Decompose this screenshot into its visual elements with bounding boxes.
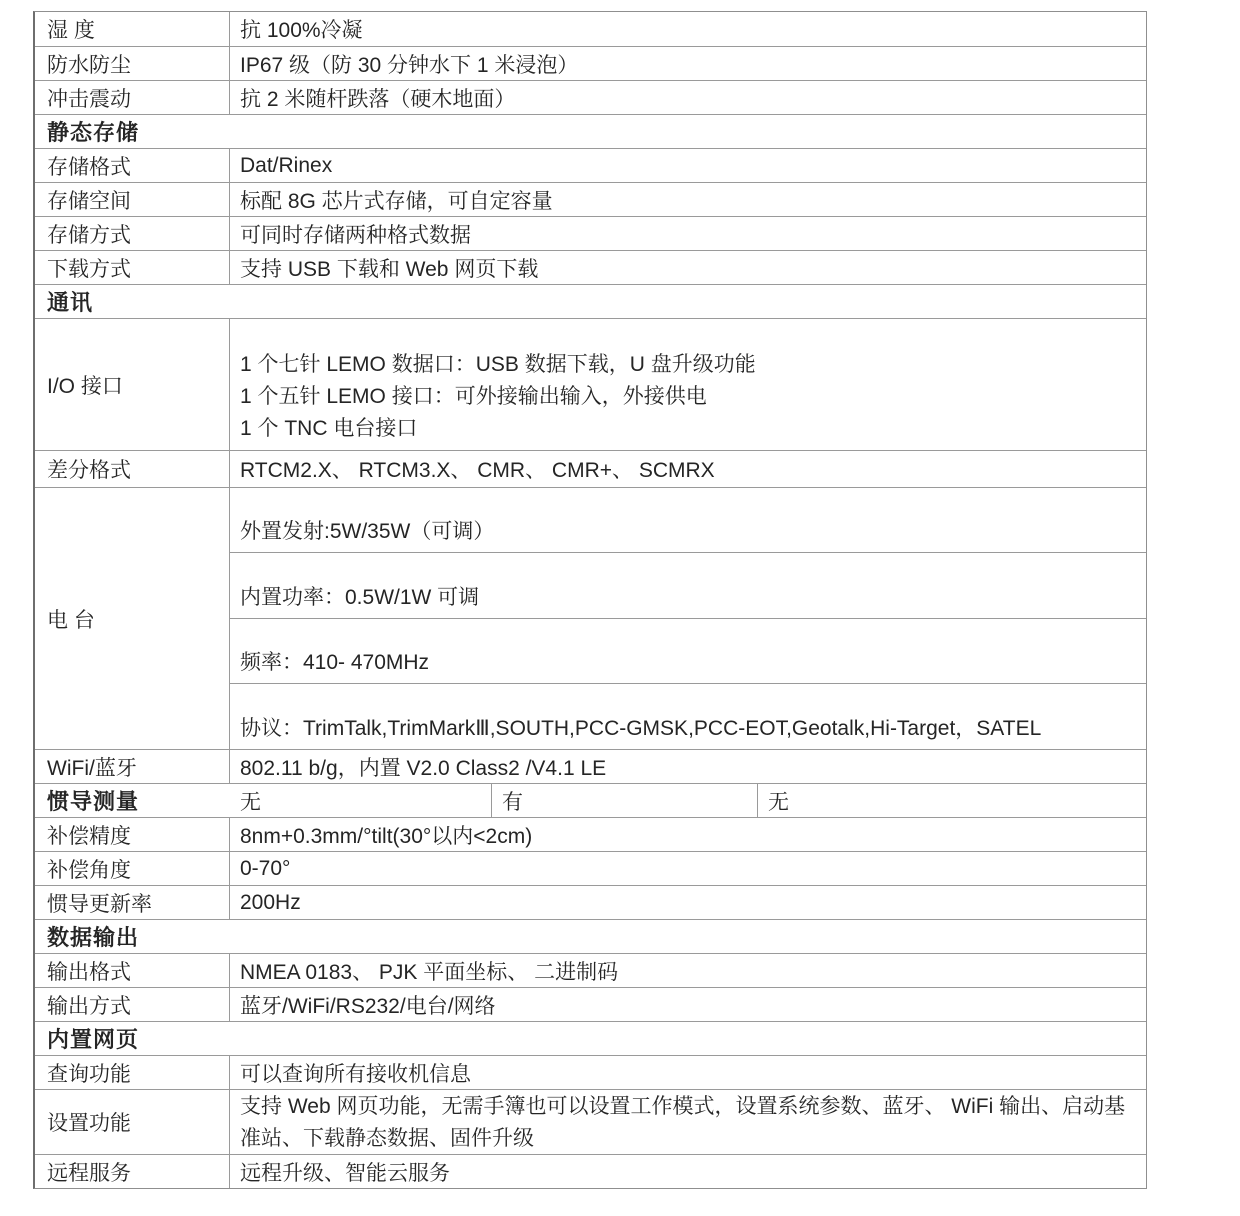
row-humidity: 湿 度 抗 100%冷凝 xyxy=(35,12,1146,46)
row-imu-measurement: 惯导测量 无 有 无 xyxy=(35,783,1146,817)
row-waterproof-dustproof: 防水防尘 IP67 级（防 30 分钟水下 1 米浸泡） xyxy=(35,46,1146,80)
spec-label: 补偿精度 xyxy=(35,818,230,851)
spec-value: 蓝牙/WiFi/RS232/电台/网络 xyxy=(230,988,1146,1021)
row-remote-service: 远程服务 远程升级、智能云服务 xyxy=(35,1154,1146,1188)
spec-label: 远程服务 xyxy=(35,1155,230,1188)
section-title: 内置网页 xyxy=(35,1022,1146,1055)
imu-option-2: 有 xyxy=(491,784,757,817)
row-compensation-angle: 补偿角度 0-70° xyxy=(35,851,1146,885)
spec-label: 查询功能 xyxy=(35,1056,230,1089)
section-title: 通讯 xyxy=(35,285,1146,318)
spec-label: 存储格式 xyxy=(35,149,230,182)
row-setting-function: 设置功能 支持 Web 网页功能，无需手簿也可以设置工作模式，设置系统参数、蓝牙… xyxy=(35,1089,1146,1154)
section-communication: 通讯 xyxy=(35,284,1146,318)
spec-value: IP67 级（防 30 分钟水下 1 米浸泡） xyxy=(230,47,1146,80)
spec-value: 抗 100%冷凝 xyxy=(230,12,1146,46)
radio-external-power: 外置发射:5W/35W（可调） xyxy=(230,488,1146,552)
spec-value: RTCM2.X、 RTCM3.X、 CMR、 CMR+、 SCMRX xyxy=(230,451,1146,487)
spec-label: 下载方式 xyxy=(35,251,230,284)
row-output-format: 输出格式 NMEA 0183、 PJK 平面坐标、 二进制码 xyxy=(35,953,1146,987)
spec-label: 防水防尘 xyxy=(35,47,230,80)
io-line-2: 1 个五针 LEMO 接口：可外接输出输入，外接供电 xyxy=(240,381,1134,413)
row-storage-format: 存储格式 Dat/Rinex xyxy=(35,148,1146,182)
row-wifi-bluetooth: WiFi/蓝牙 802.11 b/g，内置 V2.0 Class2 /V4.1 … xyxy=(35,749,1146,783)
spec-label: 存储空间 xyxy=(35,183,230,216)
row-query-function: 查询功能 可以查询所有接收机信息 xyxy=(35,1055,1146,1089)
row-differential-format: 差分格式 RTCM2.X、 RTCM3.X、 CMR、 CMR+、 SCMRX xyxy=(35,450,1146,487)
spec-value: NMEA 0183、 PJK 平面坐标、 二进制码 xyxy=(230,954,1146,987)
spec-value: 可以查询所有接收机信息 xyxy=(230,1056,1146,1089)
spec-label: 存储方式 xyxy=(35,217,230,250)
imu-option-1: 无 xyxy=(230,784,491,817)
imu-option-3: 无 xyxy=(757,784,1146,817)
spec-label: 湿 度 xyxy=(35,12,230,46)
section-static-storage: 静态存储 xyxy=(35,114,1146,148)
spec-label: 设置功能 xyxy=(35,1090,230,1154)
spec-label: I/O 接口 xyxy=(35,319,230,450)
row-storage-mode: 存储方式 可同时存储两种格式数据 xyxy=(35,216,1146,250)
row-output-mode: 输出方式 蓝牙/WiFi/RS232/电台/网络 xyxy=(35,987,1146,1021)
spec-label: 补偿角度 xyxy=(35,852,230,885)
row-io-ports: I/O 接口 1 个七针 LEMO 数据口：USB 数据下载，U 盘升级功能 1… xyxy=(35,318,1146,450)
radio-frequency: 频率：410- 470MHz xyxy=(230,618,1146,684)
section-title: 数据输出 xyxy=(35,920,1146,953)
section-built-in-webpage: 内置网页 xyxy=(35,1021,1146,1055)
spec-value: 8nm+0.3mm/°tilt(30°以内<2cm) xyxy=(230,818,1146,851)
row-shock-vibration: 冲击震动 抗 2 米随杆跌落（硬木地面） xyxy=(35,80,1146,114)
spec-label: 输出方式 xyxy=(35,988,230,1021)
spec-label: 差分格式 xyxy=(35,451,230,487)
spec-label: 输出格式 xyxy=(35,954,230,987)
row-storage-space: 存储空间 标配 8G 芯片式存储，可自定容量 xyxy=(35,182,1146,216)
radio-protocols: 协议：TrimTalk,TrimMarkⅢ,SOUTH,PCC-GMSK,PCC… xyxy=(230,683,1146,749)
row-compensation-accuracy: 补偿精度 8nm+0.3mm/°tilt(30°以内<2cm) xyxy=(35,817,1146,851)
spec-value: 远程升级、智能云服务 xyxy=(230,1155,1146,1188)
section-data-output: 数据输出 xyxy=(35,919,1146,953)
io-line-3: 1 个 TNC 电台接口 xyxy=(240,413,1134,445)
row-radio: 电 台 外置发射:5W/35W（可调） 内置功率：0.5W/1W 可调 频率：4… xyxy=(35,487,1146,749)
spec-label: WiFi/蓝牙 xyxy=(35,750,230,783)
radio-internal-power: 内置功率：0.5W/1W 可调 xyxy=(230,552,1146,618)
spec-value: 802.11 b/g，内置 V2.0 Class2 /V4.1 LE xyxy=(230,750,1146,783)
spec-value: Dat/Rinex xyxy=(230,149,1146,182)
spec-table: 湿 度 抗 100%冷凝 防水防尘 IP67 级（防 30 分钟水下 1 米浸泡… xyxy=(33,11,1147,1189)
spec-value: 标配 8G 芯片式存储，可自定容量 xyxy=(230,183,1146,216)
spec-label: 电 台 xyxy=(35,488,230,749)
spec-value: 0-70° xyxy=(230,852,1146,885)
spec-label: 惯导测量 xyxy=(35,784,230,817)
spec-value: 支持 USB 下载和 Web 网页下载 xyxy=(230,251,1146,284)
spec-label: 惯导更新率 xyxy=(35,886,230,919)
section-title: 静态存储 xyxy=(35,115,1146,148)
spec-value: 抗 2 米随杆跌落（硬木地面） xyxy=(230,81,1146,114)
row-imu-update-rate: 惯导更新率 200Hz xyxy=(35,885,1146,919)
spec-value-multiline: 1 个七针 LEMO 数据口：USB 数据下载，U 盘升级功能 1 个五针 LE… xyxy=(230,319,1146,450)
spec-label: 冲击震动 xyxy=(35,81,230,114)
spec-value: 可同时存储两种格式数据 xyxy=(230,217,1146,250)
io-line-1: 1 个七针 LEMO 数据口：USB 数据下载，U 盘升级功能 xyxy=(240,349,1134,381)
spec-value: 支持 Web 网页功能，无需手簿也可以设置工作模式，设置系统参数、蓝牙、 WiF… xyxy=(230,1090,1146,1154)
spec-value: 200Hz xyxy=(230,886,1146,919)
row-download-mode: 下载方式 支持 USB 下载和 Web 网页下载 xyxy=(35,250,1146,284)
radio-value-stack: 外置发射:5W/35W（可调） 内置功率：0.5W/1W 可调 频率：410- … xyxy=(230,488,1146,749)
